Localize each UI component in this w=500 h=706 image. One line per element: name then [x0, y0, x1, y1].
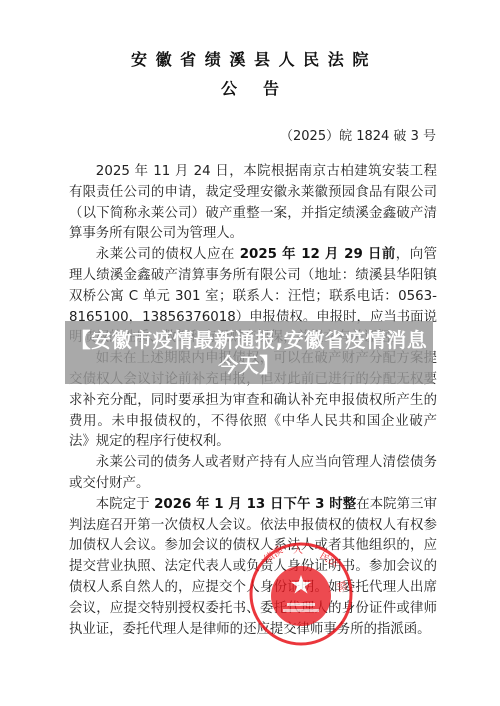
banner-title: 【安徽市疫情最新通报,安徽省疫情消息今天】	[69, 328, 429, 378]
paragraph-creditors-meeting: 本院定于 2026 年 1 月 13 日下午 3 时整在本院第三审判法庭召开第一…	[69, 495, 437, 641]
overlay-banner: 【安徽市疫情最新通报,安徽省疫情消息今天】	[65, 321, 433, 384]
notice-body: 2025 年 11 月 24 日，本院根据南京古柏建筑安装工程有限责任公司的申请…	[69, 162, 437, 640]
paragraph-text: 永莱公司的债务人或者财产持有人应当向管理人清偿债务或交付财产。	[69, 455, 437, 491]
paragraph-text: 本院定于	[96, 497, 154, 512]
case-number: （2025）皖 1824 破 3 号	[280, 125, 436, 144]
paragraph-text: 在本院第三审判法庭召开第一次债权人会议。依法申报债权的债权人有权参加债权人会议。…	[69, 497, 437, 637]
court-notice-page: 安徽省绩溪县人民法院 公告 （2025）皖 1824 破 3 号 2025 年 …	[0, 0, 500, 706]
court-name-heading: 安徽省绩溪县人民法院	[0, 47, 500, 70]
notice-title: 公告	[0, 76, 500, 99]
paragraph-acceptance: 2025 年 11 月 24 日，本院根据南京古柏建筑安装工程有限责任公司的申请…	[69, 162, 437, 245]
paragraph-text: 永莱公司的债权人应在	[96, 247, 240, 262]
emphasized-date: 2025 年 12 月 29 日前	[240, 247, 396, 262]
emphasized-date: 2026 年 1 月 13 日下午 3 时整	[154, 497, 356, 512]
paragraph-text: 2025 年 11 月 24 日，本院根据南京古柏建筑安装工程有限责任公司的申请…	[69, 164, 437, 241]
paragraph-debtors: 永莱公司的债务人或者财产持有人应当向管理人清偿债务或交付财产。	[69, 453, 437, 495]
